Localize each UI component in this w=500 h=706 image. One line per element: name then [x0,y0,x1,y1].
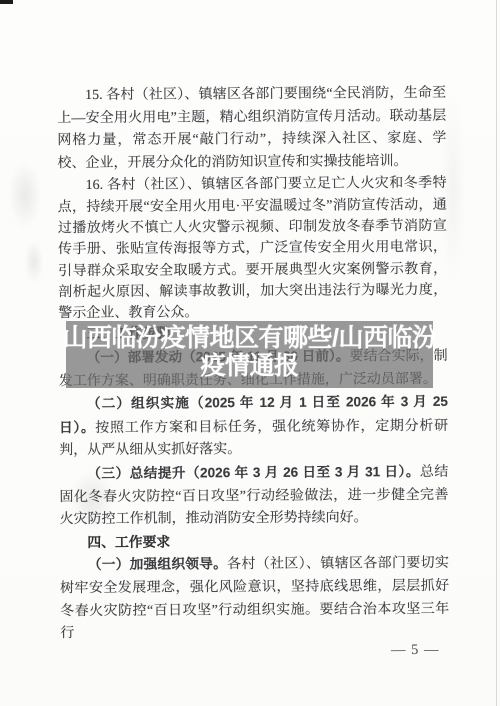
scanned-document-page: 15. 各村（社区）、镇辖区各部门要围绕“全民消防，生命至上—安全用火用电”主题… [0,0,500,706]
phase-3-paragraph: （三）总结提升（2026 年 3 月 26 日至 3 月 31 日）。总结固化冬… [59,461,448,532]
requirement-1-paragraph: （一）加强组织领导。各村（社区）、镇辖区各部门要切实树牢安全发展理念，强化风险意… [60,552,450,646]
scan-smudge [8,160,42,230]
paper-edge-line [496,0,497,706]
scan-smudge [24,240,44,284]
paragraph-16: 16. 各村（社区）、镇辖区各部门要立足亡人火灾和冬季特点，持续开展“安全用火用… [58,173,448,324]
page-number: — 5 — [391,642,440,659]
section-4-heading: 四、工作要求 [60,530,449,555]
phase-3-lead: （三）总结提升（2026 年 3 月 26 日至 3 月 31 日）。 [87,464,420,481]
scan-corner-mark [0,0,13,4]
watermark-caption-banner: 山西临汾疫情地区有哪些/山西临汾 疫情通报 [66,321,433,388]
requirement-1-lead: （一）加强组织领导。 [88,557,227,573]
paragraph-15: 15. 各村（社区）、镇辖区各部门要围绕“全民消防，生命至上—安全用火用电”主题… [57,83,447,176]
phase-2-paragraph: （二）组织实施（2025 年 12 月 1 日至 2026 年 3 月 25 日… [59,391,448,463]
watermark-caption-line-1: 山西临汾疫情地区有哪些/山西临汾 [63,324,437,352]
watermark-caption-line-2: 疫情通报 [200,352,298,380]
phase-2-body: 按照工作方案和目标任务，强化统筹协作，定期分析研判，从严从细从实抓好落实。 [59,419,448,459]
